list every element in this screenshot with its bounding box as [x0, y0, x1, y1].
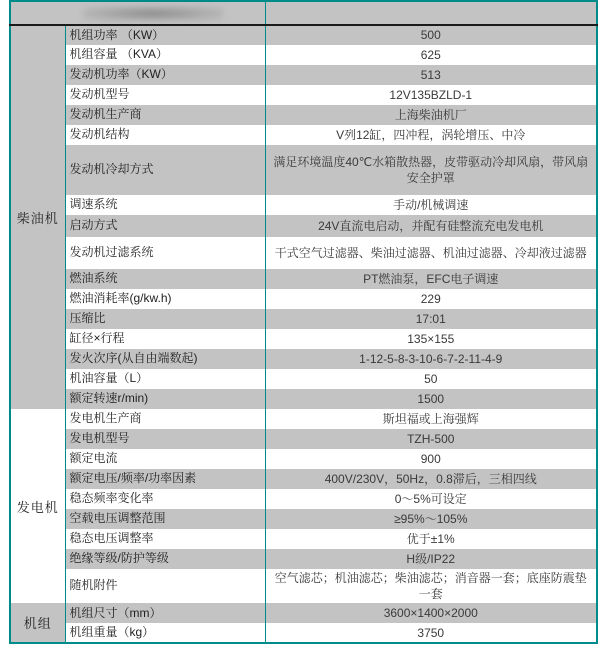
spec-label: 机组尺寸（mm） [65, 603, 265, 623]
spec-value: 3750 [265, 623, 597, 643]
spec-label: 燃油系统 [65, 269, 265, 289]
spec-row: 发动机型号 12V135BZLD-1 [10, 85, 597, 105]
header-row [10, 1, 597, 25]
spec-label: 绝缘等级/防护等级 [65, 549, 265, 569]
spec-label: 空载电压调整范围 [65, 509, 265, 529]
spec-value: 12V135BZLD-1 [265, 85, 597, 105]
header-cell-right [265, 1, 597, 25]
spec-value: 0～5%可设定 [265, 489, 597, 509]
spec-label: 随机附件 [65, 569, 265, 603]
spec-row: 额定电流 900 [10, 449, 597, 469]
group-cell-generator: 发电机 [10, 409, 65, 603]
spec-value: 干式空气过滤器、柴油过滤器、机油过滤器、冷却液过滤器 [265, 237, 597, 269]
spec-value: PT燃油泵，EFC电子调速 [265, 269, 597, 289]
spec-label: 缸径×行程 [65, 329, 265, 349]
spec-label: 压缩比 [65, 309, 265, 329]
spec-label: 调速系统 [65, 195, 265, 215]
spec-value: H级/IP22 [265, 549, 597, 569]
spec-row: 机油容量（L） 50 [10, 369, 597, 389]
spec-value: V列12缸，四冲程，涡轮增压、中冷 [265, 125, 597, 145]
spec-value: 625 [265, 45, 597, 65]
spec-row: 启动方式 24V直流电启动，并配有硅整流充电发电机 [10, 215, 597, 237]
spec-row: 柴油机 机组功率 （KW） 500 [10, 25, 597, 45]
spec-label: 机油容量（L） [65, 369, 265, 389]
spec-row: 绝缘等级/防护等级 H级/IP22 [10, 549, 597, 569]
spec-label: 发电机型号 [65, 429, 265, 449]
spec-value: 50 [265, 369, 597, 389]
spec-value: 优于±1% [265, 529, 597, 549]
spec-row: 稳态频率变化率 0～5%可设定 [10, 489, 597, 509]
spec-row: 发动机冷却方式 满足环境温度40℃水箱散热器，皮带驱动冷却风扇，带风扇安全护罩 [10, 145, 597, 195]
spec-row: 发动机功率（KW） 513 [10, 65, 597, 85]
spec-value: 400V/230V，50Hz，0.8滞后，三相四线 [265, 469, 597, 489]
spec-label: 发动机生产商 [65, 105, 265, 125]
spec-label: 燃油消耗率(g/kw.h) [65, 289, 265, 309]
spec-value: 1-12-5-8-3-10-6-7-2-11-4-9 [265, 349, 597, 369]
spec-label: 额定转速r/min) [65, 389, 265, 409]
spec-row: 调速系统 手动/机械调速 [10, 195, 597, 215]
spec-value: TZH-500 [265, 429, 597, 449]
spec-label: 发电机生产商 [65, 409, 265, 429]
spec-row: 随机附件 空气滤芯；机油滤芯；柴油滤芯；消音器一套；底座防震垫一套 [10, 569, 597, 603]
spec-row: 缸径×行程 135×155 [10, 329, 597, 349]
spec-label: 发动机功率（KW） [65, 65, 265, 85]
spec-label: 发动机结构 [65, 125, 265, 145]
spec-row: 压缩比 17:01 [10, 309, 597, 329]
spec-value: 135×155 [265, 329, 597, 349]
spec-value: 斯坦福或上海强辉 [265, 409, 597, 429]
spec-value: 17:01 [265, 309, 597, 329]
spec-value: 1500 [265, 389, 597, 409]
group-cell-diesel-engine: 柴油机 [10, 25, 65, 409]
spec-value: 24V直流电启动，并配有硅整流充电发电机 [265, 215, 597, 237]
spec-value: 手动/机械调速 [265, 195, 597, 215]
spec-label: 机组功率 （KW） [65, 25, 265, 45]
spec-row: 额定转速r/min) 1500 [10, 389, 597, 409]
spec-value: 空气滤芯；机油滤芯；柴油滤芯；消音器一套；底座防震垫一套 [265, 569, 597, 603]
header-cell-left [10, 1, 265, 25]
spec-row: 机组重量（kg） 3750 [10, 623, 597, 643]
watermark-smudge [83, 6, 223, 21]
spec-table: 柴油机 机组功率 （KW） 500 机组容量 （KVA） 625 发动机功率（K… [9, 0, 598, 644]
spec-row: 发火次序(从自由端数起) 1-12-5-8-3-10-6-7-2-11-4-9 [10, 349, 597, 369]
spec-row: 发动机过滤系统 干式空气过滤器、柴油过滤器、机油过滤器、冷却液过滤器 [10, 237, 597, 269]
spec-value: 229 [265, 289, 597, 309]
spec-row: 燃油消耗率(g/kw.h) 229 [10, 289, 597, 309]
spec-row: 发电机型号 TZH-500 [10, 429, 597, 449]
spec-label: 发火次序(从自由端数起) [65, 349, 265, 369]
spec-label: 额定电流 [65, 449, 265, 469]
page: 柴油机 机组功率 （KW） 500 机组容量 （KVA） 625 发动机功率（K… [0, 0, 602, 648]
spec-row: 稳态电压调整率 优于±1% [10, 529, 597, 549]
spec-row: 发电机 发电机生产商 斯坦福或上海强辉 [10, 409, 597, 429]
group-cell-genset: 机组 [10, 603, 65, 643]
spec-row: 机组 机组尺寸（mm） 3600×1400×2000 [10, 603, 597, 623]
spec-label: 额定电压/频率/功率因素 [65, 469, 265, 489]
spec-label: 机组重量（kg） [65, 623, 265, 643]
spec-label: 发动机过滤系统 [65, 237, 265, 269]
spec-label: 发动机冷却方式 [65, 145, 265, 195]
spec-value: 500 [265, 25, 597, 45]
spec-value: 513 [265, 65, 597, 85]
spec-row: 机组容量 （KVA） 625 [10, 45, 597, 65]
spec-value: 3600×1400×2000 [265, 603, 597, 623]
spec-label: 稳态频率变化率 [65, 489, 265, 509]
spec-row: 发动机生产商 上海柴油机厂 [10, 105, 597, 125]
spec-value: 900 [265, 449, 597, 469]
spec-label: 发动机型号 [65, 85, 265, 105]
spec-label: 启动方式 [65, 215, 265, 237]
spec-row: 发动机结构 V列12缸，四冲程，涡轮增压、中冷 [10, 125, 597, 145]
spec-label: 机组容量 （KVA） [65, 45, 265, 65]
spec-row: 额定电压/频率/功率因素 400V/230V，50Hz，0.8滞后，三相四线 [10, 469, 597, 489]
spec-row: 燃油系统 PT燃油泵，EFC电子调速 [10, 269, 597, 289]
spec-value: ≥95%～105% [265, 509, 597, 529]
spec-value: 满足环境温度40℃水箱散热器，皮带驱动冷却风扇，带风扇安全护罩 [265, 145, 597, 195]
spec-row: 空载电压调整范围 ≥95%～105% [10, 509, 597, 529]
spec-value: 上海柴油机厂 [265, 105, 597, 125]
spec-label: 稳态电压调整率 [65, 529, 265, 549]
